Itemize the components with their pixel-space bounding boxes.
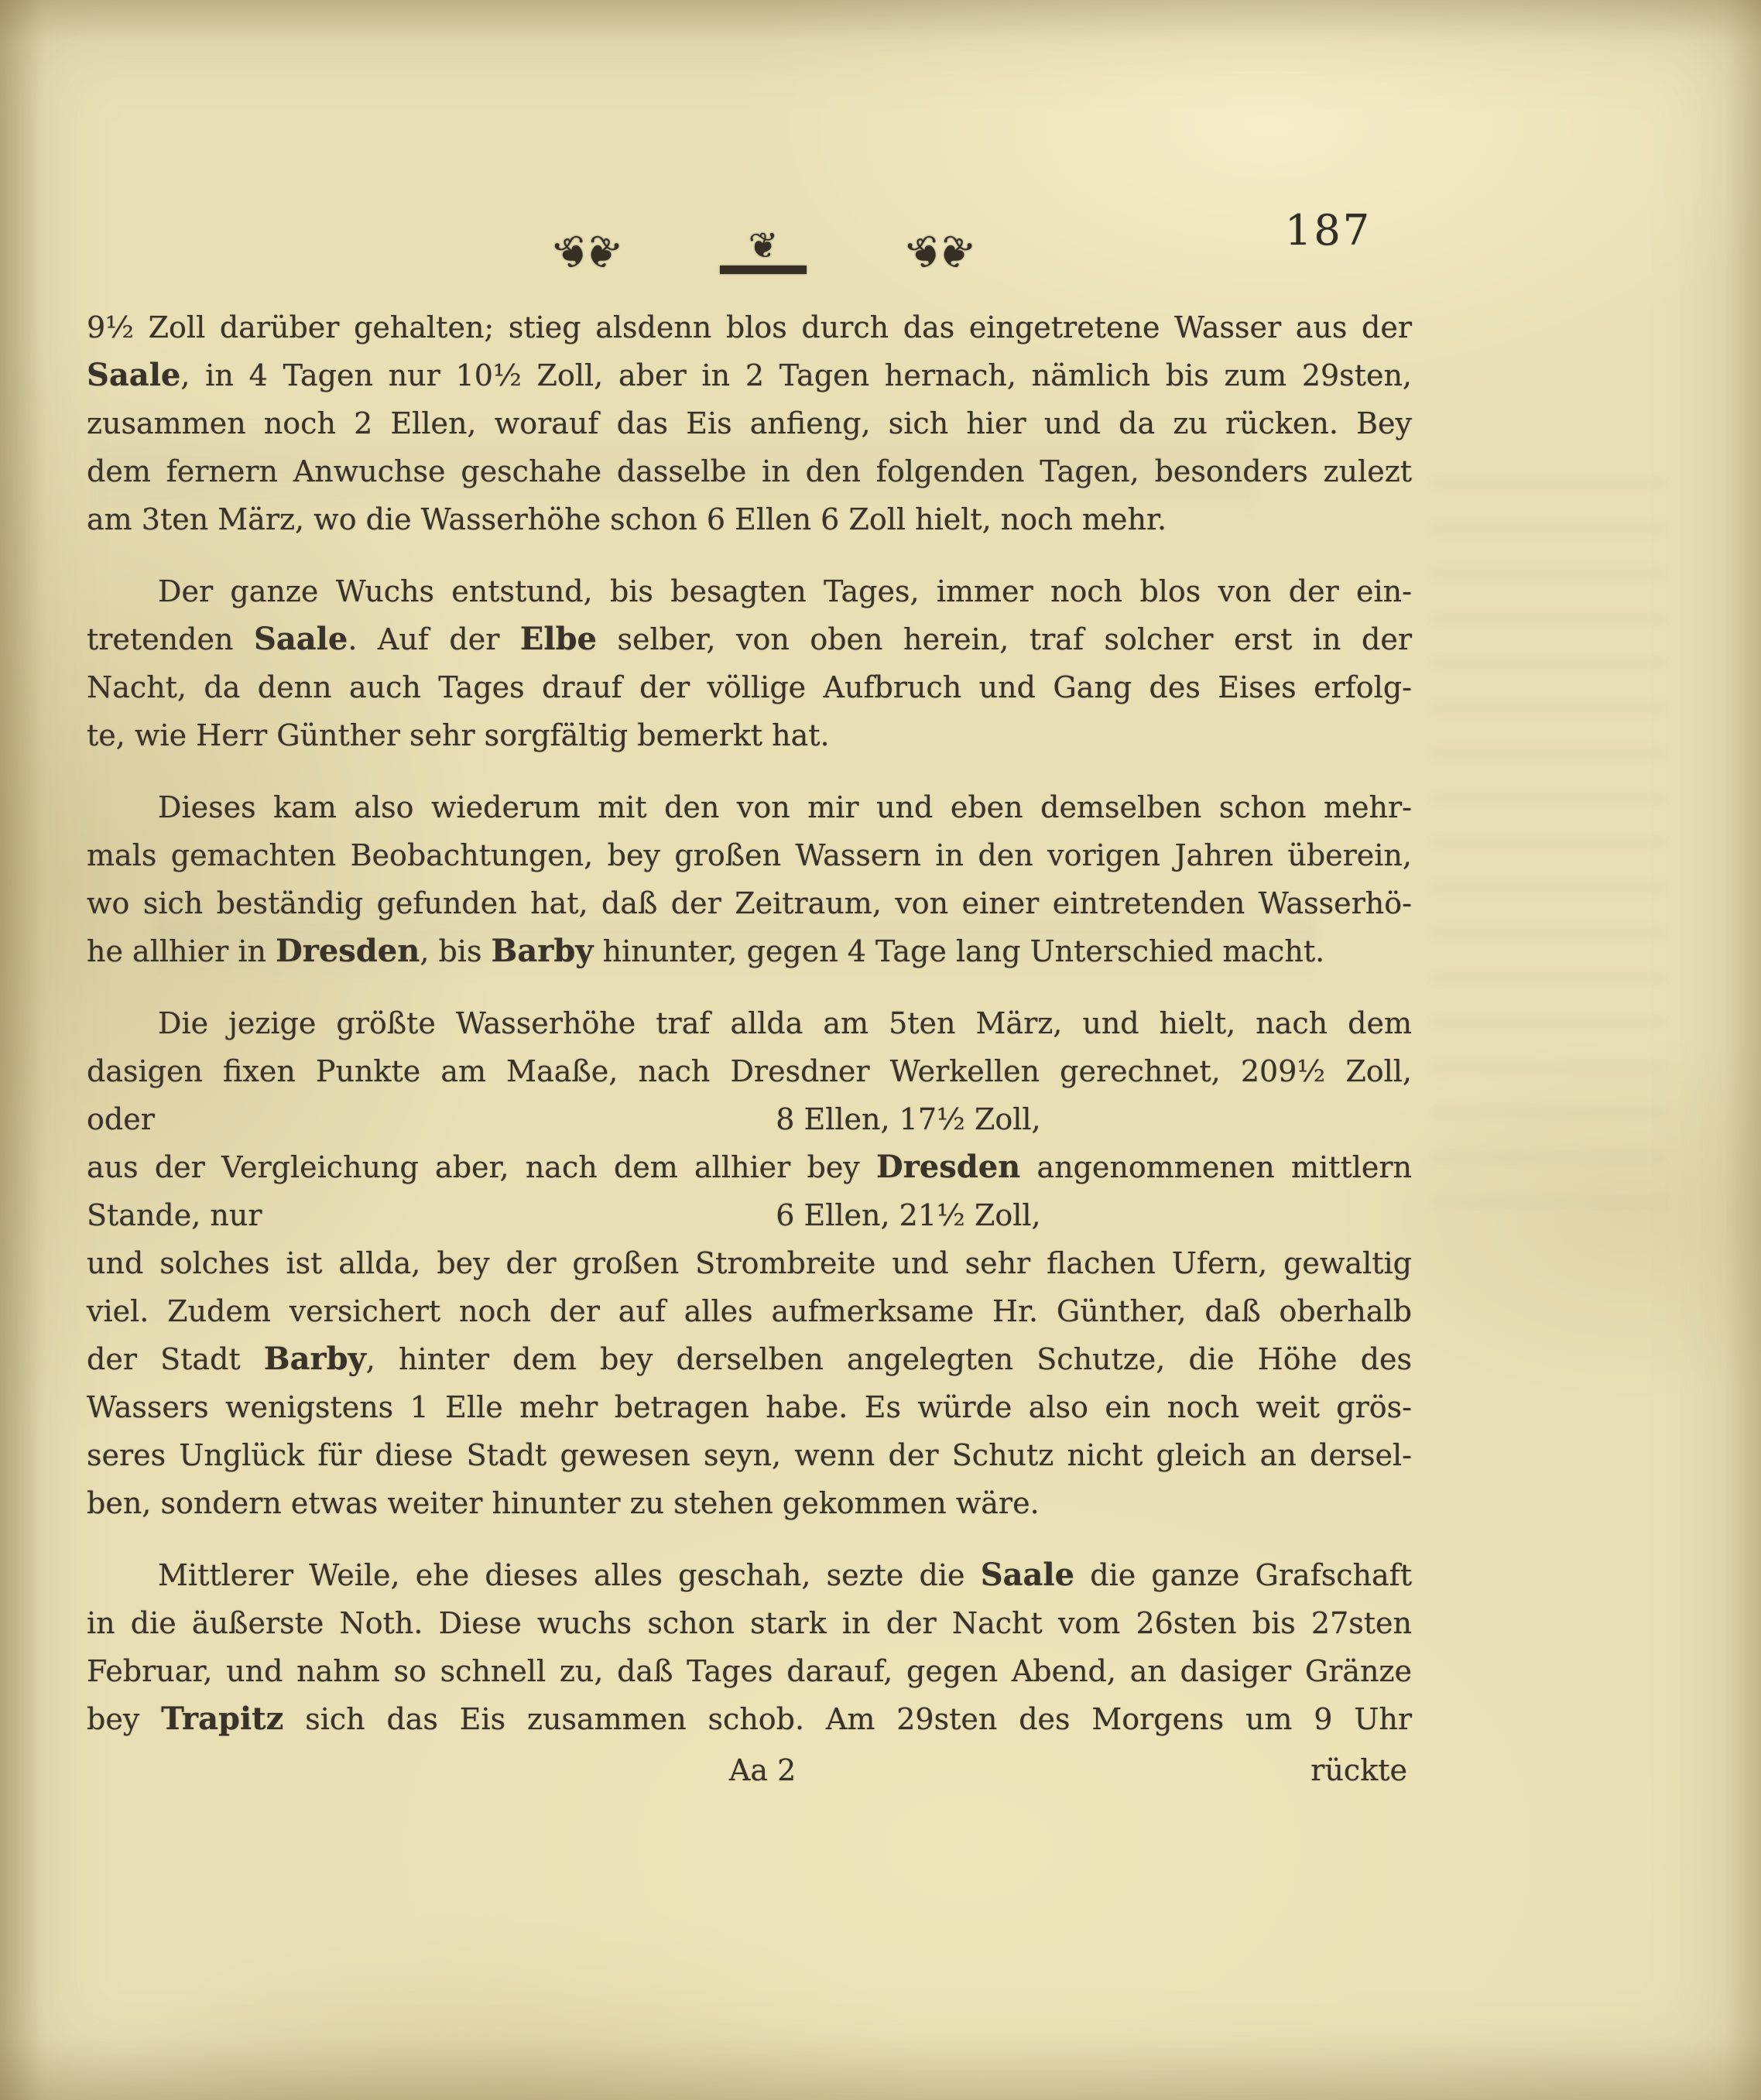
text-line: seres Unglück für diese Stadt gewesen se… bbox=[87, 1431, 1412, 1479]
text-line: Der ganze Wuchs entstund, bis besagten T… bbox=[87, 567, 1412, 615]
paragraph: Der ganze Wuchs entstund, bis besagten T… bbox=[87, 567, 1412, 759]
text-line: zusammen noch 2 Ellen, worauf das Eis an… bbox=[87, 399, 1412, 447]
text-line: der Stadt Barby, hinter dem bey derselbe… bbox=[87, 1335, 1412, 1383]
fleuron-left-icon: ❦ ❦ bbox=[554, 232, 620, 274]
text-line: Mittlerer Weile, ehe dieses alles gescha… bbox=[87, 1551, 1412, 1599]
header-ornament-row: ❦ ❦ ❦ ❦ ❦ bbox=[554, 203, 972, 274]
book-page: ❦ ❦ ❦ ❦ ❦ 187 9½ Zoll darüber gehalten; … bbox=[0, 0, 1761, 2100]
text-line: te, wie Herr Günther sehr sorgfältig bem… bbox=[87, 711, 1412, 759]
paragraph: Die jezige größte Wasserhöhe traf allda … bbox=[87, 999, 1412, 1527]
page-texture bbox=[1432, 480, 1664, 1215]
text-line: Dieses kam also wiederum mit den von mir… bbox=[87, 783, 1412, 831]
page-footer: Aa 2 rückte bbox=[87, 1746, 1412, 1794]
text-block: 9½ Zoll darüber gehalten; stieg alsdenn … bbox=[87, 303, 1412, 1743]
paragraph: Dieses kam also wiederum mit den von mir… bbox=[87, 783, 1412, 975]
signature-mark: Aa 2 bbox=[729, 1746, 796, 1794]
text-line: mals gemachten Beobachtungen, bey großen… bbox=[87, 831, 1412, 879]
text-line: dem fernern Anwuchse geschahe dasselbe i… bbox=[87, 447, 1412, 495]
fleuron-icon: ❦ bbox=[577, 227, 626, 279]
text-line: aus der Vergleichung aber, nach dem allh… bbox=[87, 1143, 1412, 1191]
text-line: 9½ Zoll darüber gehalten; stieg alsdenn … bbox=[87, 303, 1412, 351]
text-line: am 3ten März, wo die Wasserhöhe schon 6 … bbox=[87, 495, 1412, 543]
text-line: oder8 Ellen, 17½ Zoll, bbox=[87, 1095, 1412, 1143]
text-line: Saale, in 4 Tagen nur 10½ Zoll, aber in … bbox=[87, 351, 1412, 399]
text-line: ben, sondern etwas weiter hinunter zu st… bbox=[87, 1479, 1412, 1527]
fleuron-icon: ❦ bbox=[930, 227, 979, 279]
fleuron-icon: ❦ bbox=[749, 228, 779, 263]
text-line: Stande, nur6 Ellen, 21½ Zoll, bbox=[87, 1191, 1412, 1239]
paragraph: Mittlerer Weile, ehe dieses alles gescha… bbox=[87, 1551, 1412, 1743]
text-line: Die jezige größte Wasserhöhe traf allda … bbox=[87, 999, 1412, 1047]
text-line: he allhier in Dresden, bis Barby hinunte… bbox=[87, 927, 1412, 975]
text-line: in die äußerste Noth. Diese wuchs schon … bbox=[87, 1599, 1412, 1647]
text-line: Februar, und nahm so schnell zu, daß Tag… bbox=[87, 1647, 1412, 1695]
ornament-rule bbox=[720, 265, 807, 274]
text-line: und solches ist allda, bey der großen St… bbox=[87, 1239, 1412, 1287]
text-line: Wassers wenigstens 1 Elle mehr betragen … bbox=[87, 1383, 1412, 1431]
text-line: viel. Zudem versichert noch der auf alle… bbox=[87, 1287, 1412, 1335]
fleuron-right-icon: ❦ ❦ bbox=[907, 232, 973, 274]
fleuron-center-icon: ❦ bbox=[720, 228, 807, 274]
page-number: 187 bbox=[1285, 207, 1372, 254]
text-line: tretenden Saale. Auf der Elbe selber, vo… bbox=[87, 615, 1412, 663]
text-line: Nacht, da denn auch Tages drauf der völl… bbox=[87, 663, 1412, 711]
text-line: dasigen fixen Punkte am Maaße, nach Dres… bbox=[87, 1047, 1412, 1095]
paragraph: 9½ Zoll darüber gehalten; stieg alsdenn … bbox=[87, 303, 1412, 543]
text-line: wo sich beständig gefunden hat, daß der … bbox=[87, 879, 1412, 927]
catchword: rückte bbox=[1310, 1746, 1407, 1794]
text-line: bey Trapitz sich das Eis zusammen schob.… bbox=[87, 1695, 1412, 1743]
